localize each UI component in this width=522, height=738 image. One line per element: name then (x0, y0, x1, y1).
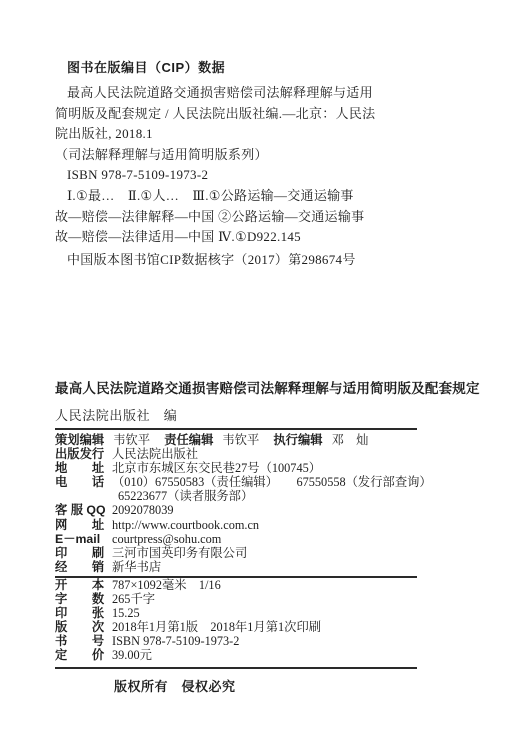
editor-pair: 执行编辑邓 灿 (273, 433, 368, 447)
publisher-details: 策划编辑韦钦平 责任编辑韦钦平 执行编辑邓 灿 出版发行人民法院出版社 地 址北… (55, 433, 475, 574)
detail-label: 执行编辑 (273, 433, 322, 447)
detail-value: 新华书店 (112, 560, 161, 574)
divider-rule (55, 667, 417, 669)
detail-row: 书 号ISBN 978-7-5109-1973-2 (55, 635, 475, 649)
cip-paragraph-line: 简明版及配套规定 / 人民法院出版社编.—北京：人民法 (55, 104, 455, 125)
detail-value: 人民法院出版社 (112, 447, 198, 461)
detail-label: 书 号 (55, 635, 105, 649)
detail-row: 出版发行人民法院出版社 (55, 447, 475, 461)
detail-row-continuation: 65223677（读者服务部） (55, 489, 475, 503)
detail-row: 定 价39.00元 (55, 649, 475, 663)
detail-row: 印 刷三河市国英印务有限公司 (55, 546, 475, 560)
cip-block: 图书在版编目（CIP）数据 最高人民法院道路交通损害赔偿司法解释理解与适用 简明… (55, 58, 455, 270)
detail-row: 客 服 QQ2092078039 (55, 503, 475, 517)
detail-value: 北京市东城区东交民巷27号（100745） (112, 461, 321, 475)
detail-label: 责任编辑 (164, 433, 213, 447)
detail-label: 客 服 QQ (55, 503, 105, 517)
detail-label: 字 数 (55, 593, 105, 607)
cip-classification-line: Ⅰ.①最… Ⅱ.①人… Ⅲ.①公路运输—交通运输事 (55, 186, 455, 207)
detail-value: 韦钦平 (113, 433, 150, 447)
detail-row: 地 址北京市东城区东交民巷27号（100745） (55, 461, 475, 475)
detail-value: http://www.courtbook.com.cn (112, 518, 259, 532)
copyright-notice: 版权所有 侵权必究 (114, 676, 236, 695)
editors-row: 策划编辑韦钦平 责任编辑韦钦平 执行编辑邓 灿 (55, 433, 475, 447)
detail-row: 开 本787×1092毫米 1/16 (55, 579, 475, 593)
detail-value: 三河市国英印务有限公司 (112, 546, 247, 560)
detail-value: 2092078039 (112, 503, 173, 517)
detail-row: 字 数265千字 (55, 593, 475, 607)
detail-value: 39.00元 (112, 648, 152, 662)
cip-series-line: （司法解释理解与适用简明版系列） (55, 145, 455, 166)
detail-value: ISBN 978-7-5109-1973-2 (112, 634, 239, 648)
book-title: 最高人民法院道路交通损害赔偿司法解释理解与适用简明版及配套规定 (55, 381, 505, 397)
detail-value: 邓 灿 (332, 433, 369, 447)
book-copyright-page: 图书在版编目（CIP）数据 最高人民法院道路交通损害赔偿司法解释理解与适用 简明… (0, 0, 522, 738)
detail-value: 15.25 (112, 606, 140, 620)
format-details: 开 本787×1092毫米 1/16 字 数265千字 印 张15.25 版 次… (55, 579, 475, 662)
detail-row: E－mailcourtpress@sohu.com (55, 532, 475, 546)
editor-pair: 责任编辑韦钦平 (164, 433, 259, 447)
detail-value: 2018年1月第1版 2018年1月第1次印刷 (112, 620, 321, 634)
divider-rule (55, 428, 417, 430)
detail-label: 版 次 (55, 621, 105, 635)
detail-row: 电 话（010）67550583（责任编辑） 67550558（发行部查询） (55, 475, 475, 489)
cip-paragraph-line: 院出版社, 2018.1 (55, 124, 455, 145)
detail-row: 经 销新华书店 (55, 560, 475, 574)
detail-label: 策划编辑 (55, 433, 104, 447)
detail-value: 265千字 (112, 592, 155, 606)
cip-header: 图书在版编目（CIP）数据 (55, 58, 455, 78)
detail-value: 韦钦平 (222, 433, 259, 447)
detail-label: 印 张 (55, 607, 105, 621)
editor-pair: 策划编辑韦钦平 (55, 433, 150, 447)
cip-classification-line: 故—赔偿—法律解释—中国 ②公路运输—交通运输事 (55, 207, 455, 228)
cip-isbn-line: ISBN 978-7-5109-1973-2 (55, 165, 455, 186)
detail-label: 出版发行 (55, 447, 105, 461)
detail-row: 网 址http://www.courtbook.com.cn (55, 518, 475, 532)
detail-label: 电 话 (55, 475, 105, 489)
detail-value: courtpress@sohu.com (112, 532, 221, 546)
detail-row: 印 张15.25 (55, 607, 475, 621)
detail-label: E－mail (55, 532, 105, 546)
detail-value: 787×1092毫米 1/16 (112, 578, 221, 592)
detail-label: 地 址 (55, 461, 105, 475)
detail-label: 经 销 (55, 560, 105, 574)
cip-classification-line: 故—赔偿—法律适用—中国 Ⅳ.①D922.145 (55, 227, 455, 248)
detail-value: （010）67550583（责任编辑） 67550558（发行部查询） (112, 475, 432, 489)
detail-value: 65223677（读者服务部） (118, 489, 253, 503)
detail-label: 开 本 (55, 579, 105, 593)
detail-label: 定 价 (55, 649, 105, 663)
detail-label: 印 刷 (55, 546, 105, 560)
title-block: 最高人民法院道路交通损害赔偿司法解释理解与适用简明版及配套规定 人民法院出版社 … (55, 381, 505, 424)
cip-record-line: 中国版本图书馆CIP数据核字（2017）第298674号 (55, 250, 455, 271)
divider-rule (55, 576, 417, 578)
book-editor: 人民法院出版社 编 (55, 408, 505, 424)
detail-label: 网 址 (55, 518, 105, 532)
detail-row: 版 次2018年1月第1版 2018年1月第1次印刷 (55, 621, 475, 635)
cip-paragraph-line: 最高人民法院道路交通损害赔偿司法解释理解与适用 (55, 83, 455, 104)
